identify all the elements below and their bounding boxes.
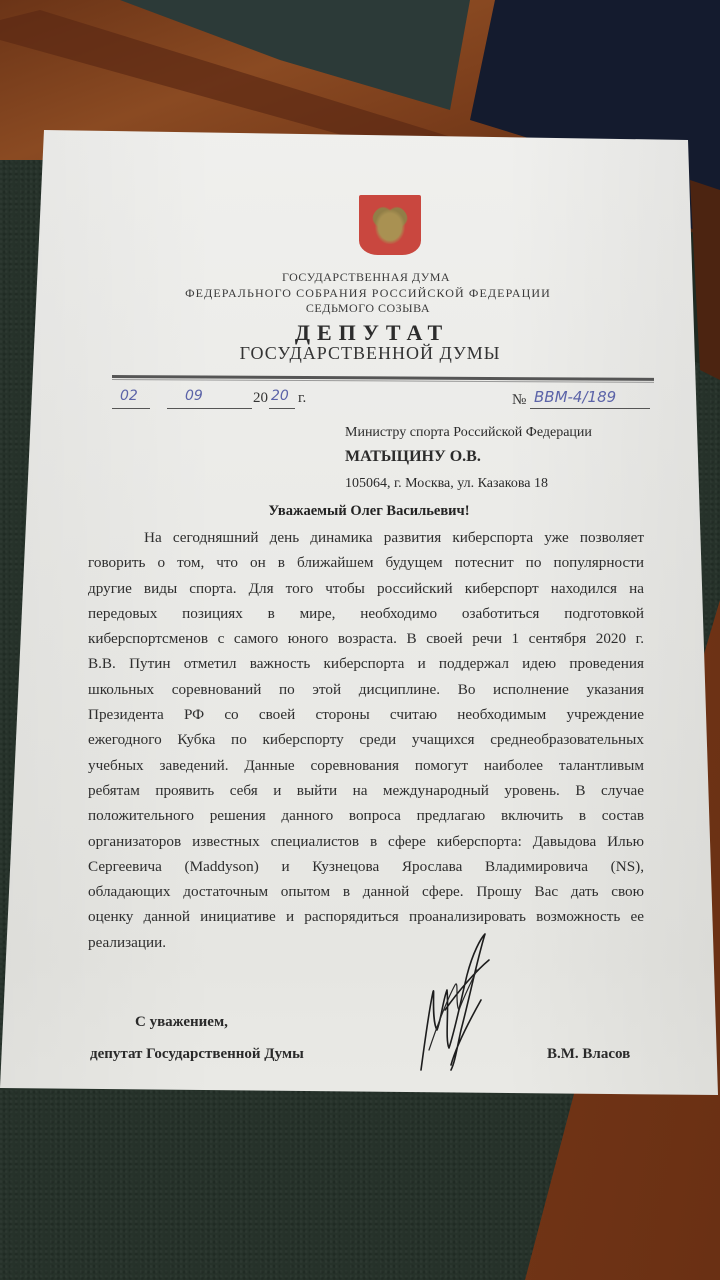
date-month: 09	[185, 388, 203, 404]
body-line: оценку данной инициативе и распорядиться…	[88, 904, 644, 929]
letterhead-line-3: СЕДЬМОГО СОЗЫВА	[8, 301, 720, 316]
date-day-field: 02	[112, 388, 150, 409]
document-number-field: ВВМ-4/189	[530, 388, 650, 409]
body-line: В.В. Путин отметил важность киберспорта …	[88, 651, 644, 676]
date-year-mark: г.	[298, 390, 306, 407]
body-line: Президента РФ со своей стороны считаю не…	[88, 702, 644, 727]
letter-content: ГОСУДАРСТВЕННАЯ ДУМА ФЕДЕРАЛЬНОГО СОБРАН…	[0, 0, 720, 1280]
signature-icon	[415, 930, 505, 1075]
signer-name: В.М. Власов	[547, 1046, 630, 1063]
body-line: обладающих достаточным опытом в данной с…	[88, 879, 644, 904]
document-number: ВВМ-4/189	[534, 388, 616, 406]
letterhead-subtitle: ГОСУДАРСТВЕННОЙ ДУМЫ	[10, 343, 720, 364]
body-line: Сергеевича (Maddyson) и Кузнецова Яросла…	[88, 854, 644, 879]
recipient-name: МАТЫЦИНУ О.В.	[345, 448, 481, 466]
date-year-suffix: 20	[271, 388, 289, 404]
number-label: №	[512, 392, 526, 409]
coat-of-arms-icon	[359, 195, 421, 255]
body-line: ежегодного Кубка по киберспорту среди уч…	[88, 727, 644, 752]
date-day: 02	[120, 388, 138, 404]
body-line: положительного решения данного вопроса п…	[88, 803, 644, 828]
letterhead-line-1: ГОСУДАРСТВЕННАЯ ДУМА	[6, 270, 720, 285]
body-line: учебных заведений. Данные соревнования п…	[88, 753, 644, 778]
letter-body: На сегодняшний день динамика развития ки…	[88, 525, 644, 955]
double-headed-eagle-icon	[372, 206, 408, 244]
body-line: На сегодняшний день динамика развития ки…	[88, 525, 644, 550]
body-line: ребятам проявить себя и выйти на междуна…	[88, 778, 644, 803]
body-line: организаторов известных специалистов в с…	[88, 829, 644, 854]
body-line: другие виды спорта. Для того чтобы росси…	[88, 576, 644, 601]
body-line: киберспортсменов с самого юного возраста…	[88, 626, 644, 651]
body-line: реализации.	[88, 930, 644, 955]
signer-title: депутат Государственной Думы	[90, 1046, 304, 1063]
date-and-number-row: 02 09 20 20 г. № ВВМ-4/189	[112, 388, 672, 412]
date-month-field: 09	[167, 388, 252, 409]
body-line: передовых позициях в мире, необходимо оз…	[88, 601, 644, 626]
body-line: говорить о том, что он в ближайшем будущ…	[88, 550, 644, 575]
closing-regards: С уважением,	[135, 1014, 228, 1031]
letterhead-line-2: ФЕДЕРАЛЬНОГО СОБРАНИЯ РОССИЙСКОЙ ФЕДЕРАЦ…	[8, 286, 720, 301]
recipient-address: 105064, г. Москва, ул. Казакова 18	[345, 476, 548, 492]
greeting: Уважаемый Олег Васильевич!	[0, 503, 720, 520]
date-year-field: 20	[269, 388, 295, 409]
body-line: школьных соревнований по этой дисциплине…	[88, 677, 644, 702]
recipient-position: Министру спорта Российской Федерации	[345, 425, 592, 441]
date-year-prefix: 20	[253, 390, 268, 407]
